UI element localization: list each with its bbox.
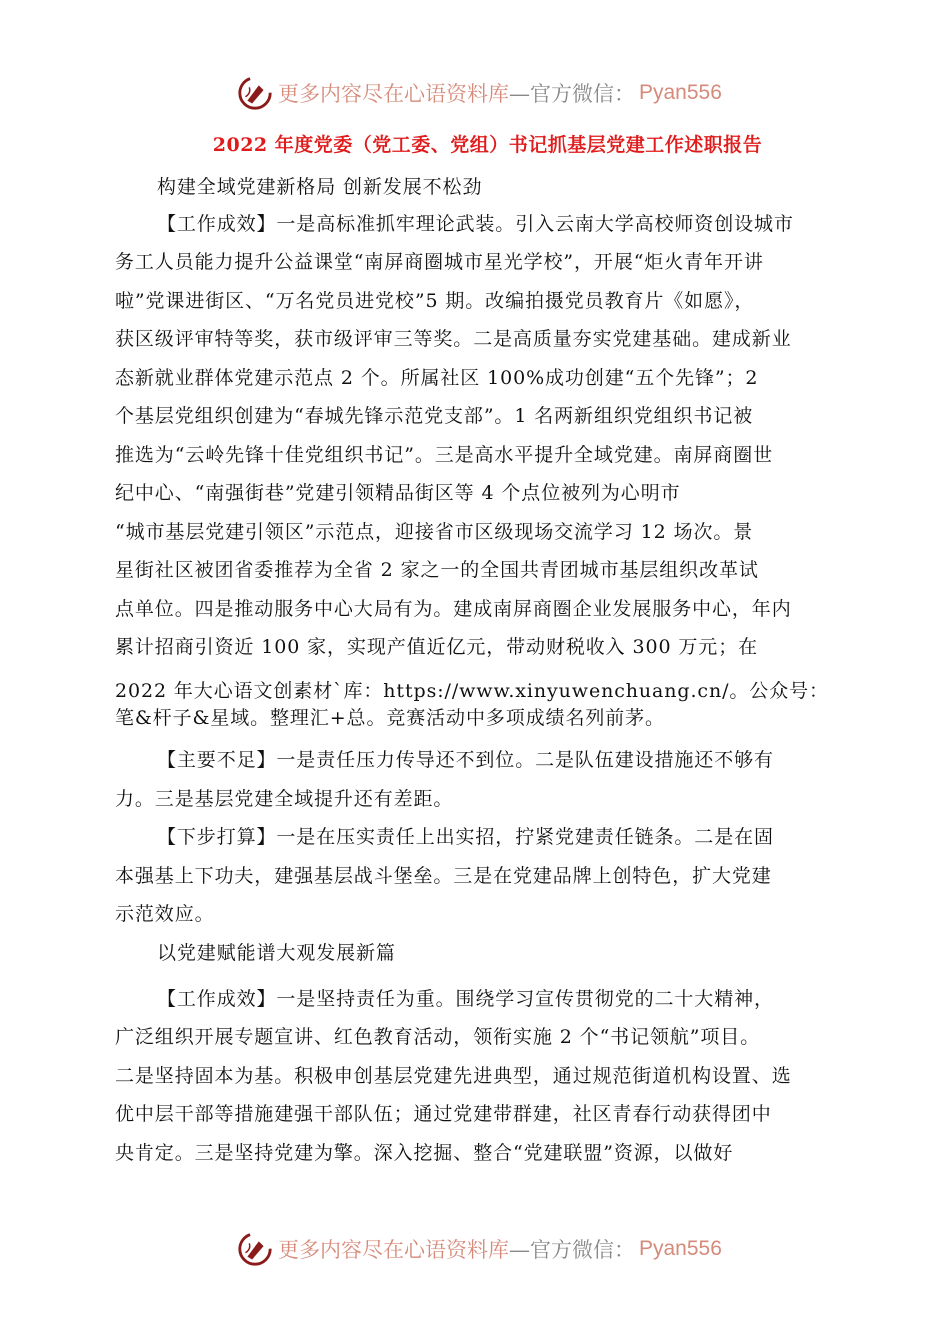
footer-banner: 更多内容尽在心语资料库 —官方微信： Pyan556 — [236, 1229, 722, 1269]
text-line: 【下步打算】一是在压实责任上出实招，拧紧党建责任链条。二是在固 — [157, 822, 774, 849]
text-line: 星街社区被团省委推荐为全省 2 家之一的全国共青团城市基层组织改革试 — [115, 555, 759, 582]
text-line: 【工作成效】一是坚持责任为重。围绕学习宣传贯彻党的二十大精神， — [157, 984, 774, 1011]
header-banner: 更多内容尽在心语资料库 —官方微信： Pyan556 — [236, 73, 722, 113]
text-line: 务工人员能力提升公益课堂“南屏商圈城市星光学校”，开展“炬火青年开讲 — [115, 247, 764, 274]
text-line: 个基层党组织创建为“春城先锋示范党支部”。1 名两新组织党组织书记被 — [115, 401, 753, 428]
text-line: 优中层干部等措施建强干部队伍；通过党建带群建，社区青春行动获得团中 — [115, 1099, 772, 1126]
pen-quill-logo-icon — [236, 74, 274, 112]
text-line: 纪中心、“南强街巷”党建引领精品街区等 4 个点位被列为心明市 — [115, 478, 681, 505]
text-line: 以党建赋能谱大观发展新篇 — [157, 938, 396, 965]
pen-quill-logo-icon — [236, 1230, 274, 1268]
text-line: “城市基层党建引领区”示范点，迎接省市区级现场交流学习 12 场次。景 — [115, 517, 753, 544]
text-line: 累计招商引资近 100 家，实现产值近亿元，带动财税收入 300 万元；在 — [115, 632, 758, 659]
text-line: 【工作成效】一是高标准抓牢理论武装。引入云南大学高校师资创设城市 — [157, 209, 794, 236]
text-line: 笔&杆子&星域。整理汇+总。竞赛活动中多项成绩名列前茅。 — [115, 703, 665, 730]
banner-wechat-id: Pyan556 — [639, 1237, 722, 1261]
banner-main-text: 更多内容尽在心语资料库 — [278, 78, 509, 108]
text-line: 构建全域党建新格局 创新发展不松劲 — [157, 172, 482, 199]
text-line: 啦”党课进街区、“万名党员进党校”5 期。改编拍摄党员教育片《如愿》， — [115, 286, 754, 313]
banner-separator-text: —官方微信： — [509, 78, 635, 108]
text-line: 获区级评审特等奖，获市级评审三等奖。二是高质量夯实党建基础。建成新业 — [115, 324, 792, 351]
banner-main-text: 更多内容尽在心语资料库 — [278, 1234, 509, 1264]
text-line: 【主要不足】一是责任压力传导还不到位。二是队伍建设措施还不够有 — [157, 745, 774, 772]
document-title: 2022 年度党委（党工委、党组）书记抓基层党建工作述职报告 — [0, 130, 950, 157]
text-line: 点单位。四是推动服务中心大局有为。建成南屏商圈企业发展服务中心，年内 — [115, 594, 792, 621]
text-line: 推选为“云岭先锋十佳党组织书记”。三是高水平提升全域党建。南屏商圈世 — [115, 440, 773, 467]
text-line: 示范效应。 — [115, 899, 215, 926]
text-line: 二是坚持固本为基。积极申创基层党建先进典型，通过规范街道机构设置、选 — [115, 1061, 792, 1088]
text-line: 广泛组织开展专题宣讲、红色教育活动，领衔实施 2 个“书记领航”项目。 — [115, 1022, 760, 1049]
text-line: 力。三是基层党建全域提升还有差距。 — [115, 784, 453, 811]
text-line: 央肯定。三是坚持党建为擎。深入挖掘、整合“党建联盟”资源，以做好 — [115, 1138, 733, 1165]
text-line: 2022 年大心语文创素材`库：https://www.xinyuwenchua… — [115, 676, 829, 703]
text-line: 态新就业群体党建示范点 2 个。所属社区 100%成功创建“五个先锋”；2 — [115, 363, 758, 390]
banner-separator-text: —官方微信： — [509, 1234, 635, 1264]
text-line: 本强基上下功夫，建强基层战斗堡垒。三是在党建品牌上创特色，扩大党建 — [115, 861, 772, 888]
banner-wechat-id: Pyan556 — [639, 81, 722, 105]
